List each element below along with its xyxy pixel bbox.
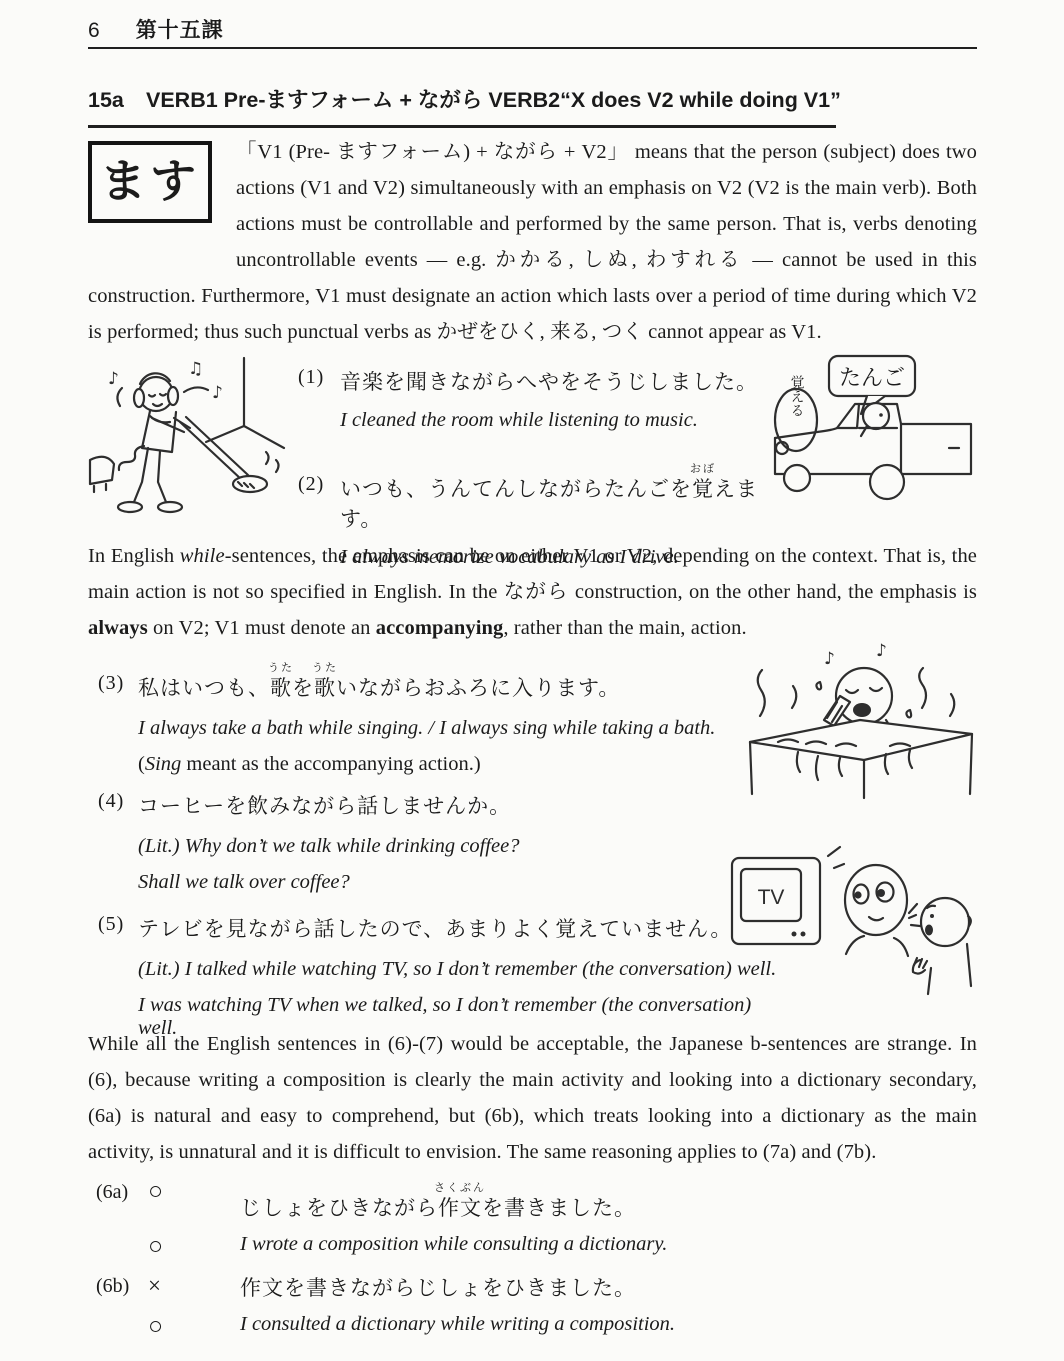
acceptability-mark-circle: ○: [148, 1233, 198, 1261]
header-rule: [88, 47, 977, 49]
front-wheel: [784, 465, 810, 491]
intro-paragraph: ます 「V1 (Pre- ますフォーム) + ながら + V2」 means t…: [88, 134, 977, 350]
masu-keyword-box: ます: [88, 141, 212, 223]
example-1-jp-text: 音楽を聞きながらへやをそうじしました。: [340, 366, 758, 396]
example-3-en-text: I always take a bath while singing. / I …: [138, 717, 715, 740]
para2-text: In English: [88, 545, 180, 567]
music-note-icon: ♪: [824, 649, 835, 669]
tv-screen-label: TV: [758, 886, 785, 909]
example-4-jp-text: コーヒーを飲みながら話しませんか。: [138, 790, 511, 820]
textbook-page: 6 第十五課 15a VERB1 Pre-ますフォーム + ながら VERB2 …: [0, 0, 1064, 1361]
example-3-japanese: (3) 私はいつも、うた歌をうた歌いながらおふろに入ります。: [98, 658, 753, 702]
example-4-en1-text: (Lit.) Why don’t we talk while drinking …: [138, 835, 519, 858]
example-6b-jp-text: 作文を書きながらじしょをひきました。: [198, 1272, 856, 1302]
example-4-japanese: (4) コーヒーを飲みながら話しませんか。: [98, 790, 753, 820]
section-id: 15a: [88, 88, 146, 113]
car-illustration-svg: たんご 覚える: [771, 352, 977, 502]
example-3-english: I always take a bath while singing. / I …: [98, 717, 753, 740]
spacer: [96, 1233, 148, 1236]
singing-mouth: [853, 703, 871, 717]
ruby-group: さくぶん作文: [438, 1192, 482, 1222]
example-2-jp-text: いつも、うんてんしながらたんごをおぼ覚えます。: [340, 473, 767, 533]
pattern-meaning: “X does V2 while doing V1”: [560, 88, 841, 113]
furigana: さくぶん: [434, 1179, 486, 1195]
example-5-english-lit: (Lit.) I talked while watching TV, so I …: [98, 958, 778, 981]
para2-text: on V2; V1 must denote an: [148, 617, 376, 639]
example-1-en-text: I cleaned the room while listening to mu…: [340, 409, 698, 432]
running-header: 6 第十五課: [88, 14, 977, 44]
grammar-pattern: VERB1 Pre-ますフォーム + ながら VERB2: [146, 83, 560, 114]
examples-6-block: (6a) ○ じしょをひきながらさくぶん作文を書きました。 ○ I wrote …: [96, 1178, 856, 1352]
ruby-group: おぼ覚: [692, 473, 714, 503]
example-3-note-text: (Sing meant as the accompanying action.): [138, 753, 481, 776]
example-5-en1-text: (Lit.) I talked while watching TV, so I …: [138, 958, 776, 981]
example-6a-en-text: I wrote a composition while consulting a…: [198, 1233, 856, 1256]
page-number: 6: [88, 19, 100, 43]
example-number: (4): [98, 790, 138, 813]
paragraph-6-7-discussion: While all the English sentences in (6)-(…: [88, 1026, 977, 1170]
example-4-english: Shall we talk over coffee?: [98, 871, 753, 894]
music-note-icon: ♪: [108, 369, 119, 389]
example-number: (6a): [96, 1178, 148, 1204]
furigana: うた: [312, 659, 338, 675]
thought-bubble-text: 覚える: [789, 375, 805, 417]
intro-text: 「V1 (Pre- ますフォーム) + ながら + V2」 means that…: [88, 141, 977, 343]
bath-illustration-svg: ♪ ♪: [740, 638, 980, 802]
example-4-english-lit: (Lit.) Why don’t we talk while drinking …: [98, 835, 753, 858]
talker-head: [921, 898, 969, 946]
example-number: (3): [98, 672, 138, 695]
acceptability-mark-cross: ×: [148, 1272, 198, 1300]
bathtub-illustration: ♪ ♪: [740, 638, 980, 802]
example-3-block: (3) 私はいつも、うた歌をうた歌いながらおふろに入ります。 I always …: [98, 658, 753, 789]
furigana: おぼ: [690, 460, 716, 476]
section-heading: 15a VERB1 Pre-ますフォーム + ながら VERB2 “X does…: [88, 83, 836, 128]
example-4-block: (4) コーヒーを飲みながら話しませんか。 (Lit.) Why don’t w…: [98, 790, 753, 907]
music-note-icon: ♪: [876, 641, 887, 661]
rear-wheel: [870, 465, 904, 499]
example-5-japanese: (5) テレビを見ながら話したので、あまりよく覚えていません。: [98, 913, 778, 943]
example-6b-japanese: (6b) × 作文を書きながらじしょをひきました。: [96, 1272, 856, 1302]
bold-accompanying: accompanying: [376, 617, 504, 639]
para2-text: , rather than the main, action.: [503, 617, 746, 639]
example-number: (1): [298, 366, 340, 389]
vacuum-canister: [90, 457, 114, 484]
example-1-japanese: (1) 音楽を聞きながらへやをそうじしました。: [298, 366, 767, 396]
example-6b-english: ○ I consulted a dictionary while writing…: [96, 1313, 856, 1341]
example-6a-english: ○ I wrote a composition while consulting…: [96, 1233, 856, 1261]
bold-always: always: [88, 617, 148, 639]
example-1-english: I cleaned the room while listening to mu…: [298, 409, 767, 432]
ruby-group: うた歌: [314, 672, 336, 702]
example-2-japanese: (2) いつも、うんてんしながらたんごをおぼ覚えます。: [298, 459, 767, 533]
speech-bubble-text: たんご: [839, 365, 905, 390]
italic-while: while: [180, 545, 225, 567]
ruby-group: うた歌: [270, 672, 292, 702]
example-3-jp-text: 私はいつも、うた歌をうた歌いながらおふろに入ります。: [138, 672, 620, 702]
example-6a-japanese: (6a) ○ じしょをひきながらさくぶん作文を書きました。: [96, 1178, 856, 1222]
example-number: (2): [298, 473, 340, 496]
example-number: (6b): [96, 1272, 148, 1298]
masu-keyword: ます: [100, 164, 200, 200]
chapter-title: 第十五課: [136, 14, 224, 44]
example-6a-jp-text: じしょをひきながらさくぶん作文を書きました。: [198, 1178, 856, 1222]
example-3-note: (Sing meant as the accompanying action.): [98, 753, 753, 776]
music-note-icon: ♫: [188, 359, 203, 379]
furigana: うた: [268, 659, 294, 675]
example-5-jp-text: テレビを見ながら話したので、あまりよく覚えていません。: [138, 913, 732, 943]
vacuum-illustration-svg: ♪ ♫ ♪: [88, 352, 286, 518]
spacer: [96, 1313, 148, 1316]
example-6b-en-text: I consulted a dictionary while writing a…: [198, 1313, 856, 1336]
example-4-en2-text: Shall we talk over coffee?: [138, 871, 350, 894]
talking-mouth: [925, 925, 933, 936]
music-note-icon: ♪: [212, 383, 223, 403]
example-number: (5): [98, 913, 138, 936]
acceptability-mark-circle: ○: [148, 1313, 198, 1341]
paragraph-while-emphasis: In English while-sentences, the emphasis…: [88, 538, 977, 646]
room-corner: [244, 358, 284, 448]
acceptability-mark-circle: ○: [148, 1178, 198, 1206]
